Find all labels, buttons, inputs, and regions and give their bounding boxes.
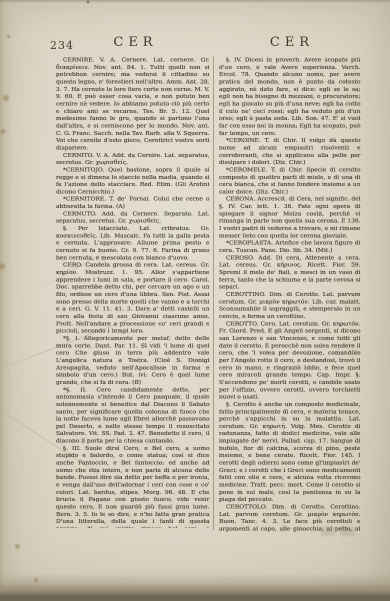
- right-text-column: §. IV. Dicesi in proverb. Avere scopato …: [219, 56, 361, 532]
- foxing-spot: [6, 34, 11, 39]
- foxing-spot: [0, 128, 6, 135]
- ink-speck: [86, 0, 90, 4]
- foxing-spot: [14, 543, 21, 550]
- dictionary-entry: *CEROPLASTA. Artefice che lavora figure …: [219, 239, 361, 254]
- dictionary-entry: *CEROMELE. T. di Chir. Specie di cerotto…: [219, 166, 361, 195]
- dictionary-entry: CERONA. Accrescit. di Cera, nel signific…: [219, 195, 361, 239]
- dictionary-entry: CEROTTO. Cero. Lat. cerotum. Gr. κηρωτόν…: [219, 320, 361, 401]
- dictionary-entry: *§. II. Cero candidamente detto, per ant…: [56, 386, 210, 445]
- running-head-right: CER: [218, 35, 361, 50]
- faint-offset-mark: [321, 527, 355, 536]
- dictionary-entry: §. III. Suole dirsi Cero, o Bel cero, a …: [56, 444, 210, 528]
- dictionary-entry: CEROSO. Add. Di cera, Attenente a cera. …: [219, 254, 361, 291]
- dictionary-entry: CERO. Candela grossa di cera. Lat. cereu…: [56, 261, 210, 334]
- dictionary-entry: CERNUTO. Add. da Cernere. Separato. Lat.…: [56, 210, 210, 225]
- dictionary-entry: §. Per Istacciato. Lat. cribratus. Gr. κ…: [56, 225, 210, 262]
- column-divider-rule: [213, 56, 214, 530]
- dictionary-entry: CEROTTINO. Dim. di Cerotto. Lat. parvum …: [219, 291, 361, 320]
- dictionary-entry: CERNITO. V. A. Add. da Cernire. Lat. sep…: [56, 151, 210, 166]
- dictionary-entry: CERNIRE. V. A. Cernere. Lat. cernere. Gr…: [56, 56, 210, 151]
- dictionary-entry: *CEROINE. T. di Chir. Il volgo dà questo…: [219, 137, 361, 166]
- running-head-left: CER: [56, 35, 210, 50]
- scanned-book-photo: { "page": { "number": "234", "running_he…: [0, 0, 390, 601]
- page-top-edge: [0, 0, 390, 3]
- page-left-deckle-edge: [0, 0, 12, 595]
- dictionary-entry: §. IV. Dicesi in proverb. Avere scopato …: [219, 56, 361, 137]
- left-text-column: CERNIRE. V. A. Cernere. Lat. cernere. Gr…: [56, 56, 210, 528]
- dictionary-entry: §. Cerotto è anche un composto medicinal…: [219, 400, 361, 503]
- dictionary-entry: *§. I. Allegoricamente per metaf. detto …: [56, 334, 210, 385]
- page-bottom-edge-shadow: [0, 573, 390, 595]
- book-page: 234 CER CER CERNIRE. V. A. Cernere. Lat.…: [0, 0, 390, 595]
- foxing-spot: [2, 93, 10, 103]
- dictionary-entry: *CERNITORE. T. de' Fornai. Colui che cer…: [56, 195, 210, 210]
- dictionary-entry: *CERNITOJO. Quel bastone, sopra il quale…: [56, 166, 210, 195]
